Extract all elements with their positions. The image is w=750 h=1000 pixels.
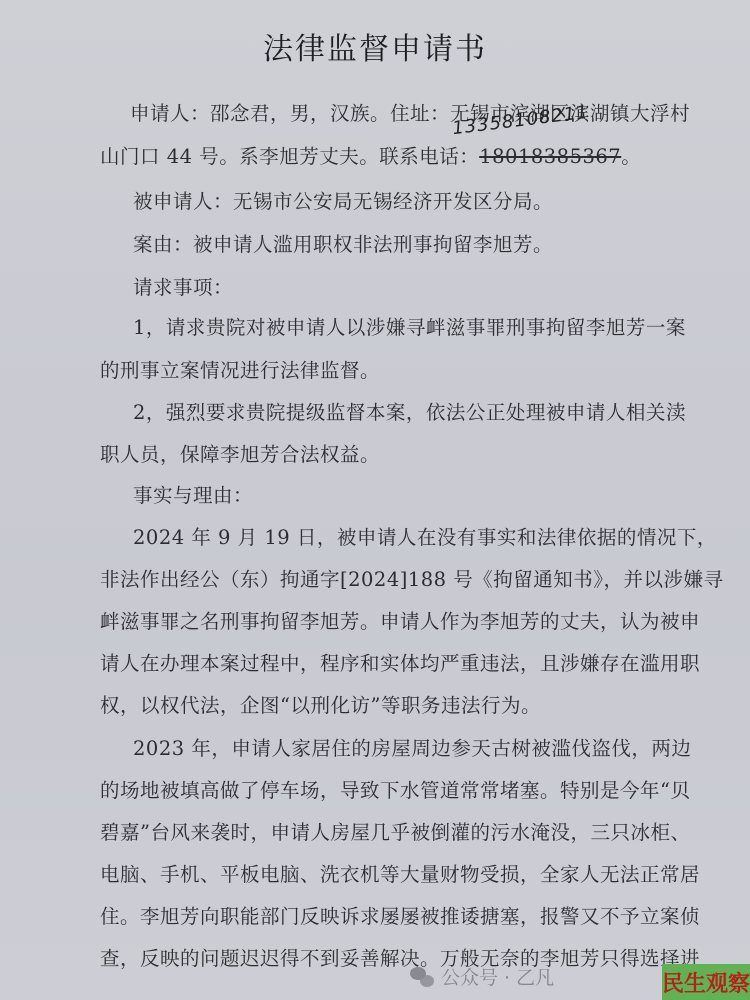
- request-1-line-1: 1，请求贵院对被申请人以涉嫌寻衅滋事罪刑事拘留李旭芳一案: [133, 312, 686, 340]
- respondent-line: 被申请人：无锡市公安局无锡经济开发区分局。: [133, 186, 553, 214]
- watermark-text: 公众号 · 乙凡: [441, 963, 554, 990]
- cause-line: 案由：被申请人滥用职权非法刑事拘留李旭芳。: [133, 229, 553, 257]
- requests-heading: 请求事项：: [133, 272, 233, 300]
- document-title: 法律监督申请书: [0, 24, 750, 68]
- facts-p2-line: 碧嘉”台风来袭时，申请人房屋几乎被倒灌的污水淹没，三只冰柜、: [100, 817, 690, 845]
- facts-p2-line: 电脑、手机、平板电脑、洗衣机等大量财物受损，全家人无法正常居: [100, 859, 700, 887]
- facts-p2-line: 查，反映的问题迟迟得不到妥善解决。万般无奈的李旭芳只得选择进: [100, 943, 700, 971]
- facts-p1-line: 衅滋事罪之名刑事拘留李旭芳。申请人作为李旭芳的丈夫，认为被申: [100, 606, 700, 634]
- source-badge: 民生观察: [662, 964, 750, 1000]
- struck-phone: 18018385367: [479, 145, 621, 168]
- facts-p2-line: 的场地被填高做了停车场，导致下水管道常常堵塞。特别是今年“贝: [100, 775, 690, 803]
- applicant-line-1: 申请人：邵念君，男，汉族。住址：无锡市滨湖区滨湖镇大浮村: [130, 98, 690, 126]
- facts-p2-line: 住。李旭芳向职能部门反映诉求屡屡被推诿搪塞，报警又不予立案侦: [100, 901, 700, 929]
- request-1-line-2: 的刑事立案情况进行法律监督。: [100, 355, 380, 383]
- facts-heading: 事实与理由：: [133, 480, 253, 508]
- applicant-line-2: 山门口 44 号。系李旭芳丈夫。联系电话：18018385367。: [100, 141, 641, 169]
- document-page: 法律监督申请书 申请人：邵念君，男，汉族。住址：无锡市滨湖区滨湖镇大浮村 133…: [0, 0, 750, 1000]
- facts-p1-line: 非法作出经公（东）拘通字[2024]188 号《拘留通知书》，并以涉嫌寻: [100, 564, 724, 592]
- facts-p1-line: 请人在办理本案过程中，程序和实体均严重违法，且涉嫌存在滥用职: [100, 648, 700, 676]
- applicant-line-2-end: 。: [621, 145, 641, 168]
- watermark: 公众号 · 乙凡: [410, 963, 554, 990]
- wechat-icon: [410, 966, 436, 988]
- facts-p2-line: 2023 年，申请人家居住的房屋周边参天古树被滥伐盗伐，两边: [133, 733, 691, 761]
- facts-p1-line: 2024 年 9 月 19 日，被申请人在没有事实和法律依据的情况下，: [133, 522, 717, 550]
- facts-p1-line: 权，以权代法，企图“以刑化访”等职务违法行为。: [100, 690, 541, 718]
- applicant-address-contact: 山门口 44 号。系李旭芳丈夫。联系电话：: [100, 145, 479, 168]
- request-2-line-1: 2，强烈要求贵院提级监督本案，依法公正处理被申请人相关渎: [133, 397, 686, 425]
- request-2-line-2: 职人员，保障李旭芳合法权益。: [100, 439, 380, 467]
